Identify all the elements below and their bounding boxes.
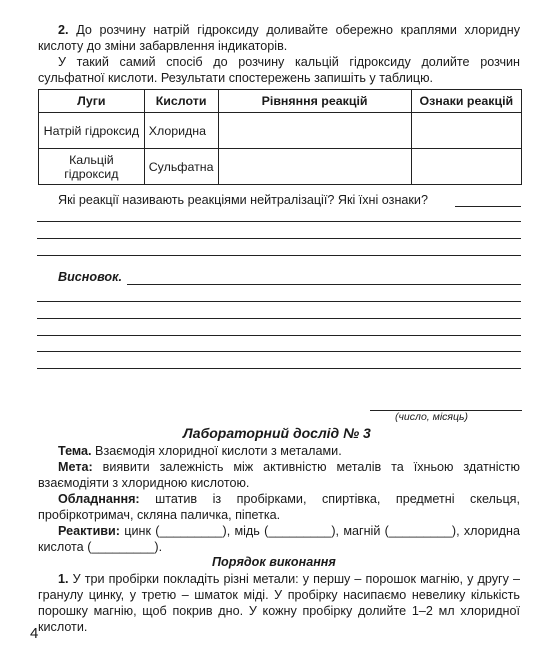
- header-signs: Ознаки реакцій: [411, 90, 521, 113]
- step1-paragraph: 1. У три пробірки покладіть різні метали…: [38, 571, 520, 635]
- conclusion-line[interactable]: [37, 368, 521, 369]
- conclusion-line[interactable]: [37, 318, 521, 319]
- cell-acid: Хлоридна: [144, 113, 218, 149]
- topic-paragraph: Тема. Взаємодія хлоридної кислоти з мета…: [38, 443, 520, 459]
- table-row: Кальцій гідроксид Сульфатна: [39, 149, 522, 185]
- task2-paragraph-1: 2. До розчину натрій гідроксиду доливайт…: [38, 22, 520, 54]
- answer-line[interactable]: [37, 255, 521, 256]
- cell-equation-input[interactable]: [218, 149, 411, 185]
- cell-signs-input[interactable]: [411, 149, 521, 185]
- reagents-paragraph: Реактиви: цинк (_________), мідь (______…: [38, 523, 520, 555]
- conclusion-line[interactable]: [37, 335, 521, 336]
- observations-table: Луги Кислоти Рівняння реакцій Ознаки реа…: [38, 89, 522, 185]
- neutralization-question: Які реакції називають реакціями нейтралі…: [58, 193, 428, 207]
- equipment-paragraph: Обладнання: штатив із пробірками, спирті…: [38, 491, 520, 523]
- cell-signs-input[interactable]: [411, 113, 521, 149]
- table-header-row: Луги Кислоти Рівняння реакцій Ознаки реа…: [39, 90, 522, 113]
- conclusion-line[interactable]: [37, 301, 521, 302]
- task2-number: 2.: [58, 23, 69, 37]
- conclusion-label: Висновок.: [58, 270, 122, 284]
- date-caption: (число, місяць): [395, 411, 468, 423]
- answer-line[interactable]: [37, 221, 521, 222]
- answer-line[interactable]: [455, 206, 521, 207]
- table-row: Натрій гідроксид Хлоридна: [39, 113, 522, 149]
- header-acids: Кислоти: [144, 90, 218, 113]
- goal-paragraph: Мета: виявити залежність між активністю …: [38, 459, 520, 491]
- conclusion-line[interactable]: [37, 351, 521, 352]
- experiment-title: Лабораторний дослід № 3: [183, 425, 371, 441]
- header-equations: Рівняння реакцій: [218, 90, 411, 113]
- task2-paragraph-2: У такий самий спосіб до розчину кальцій …: [38, 54, 520, 86]
- answer-line[interactable]: [37, 238, 521, 239]
- cell-equation-input[interactable]: [218, 113, 411, 149]
- procedure-title: Порядок виконання: [212, 555, 336, 569]
- cell-alkali: Натрій гідроксид: [39, 113, 145, 149]
- cell-alkali: Кальцій гідроксид: [39, 149, 145, 185]
- page-number: 4: [30, 625, 38, 642]
- conclusion-line[interactable]: [127, 284, 521, 285]
- cell-acid: Сульфатна: [144, 149, 218, 185]
- header-alkalis: Луги: [39, 90, 145, 113]
